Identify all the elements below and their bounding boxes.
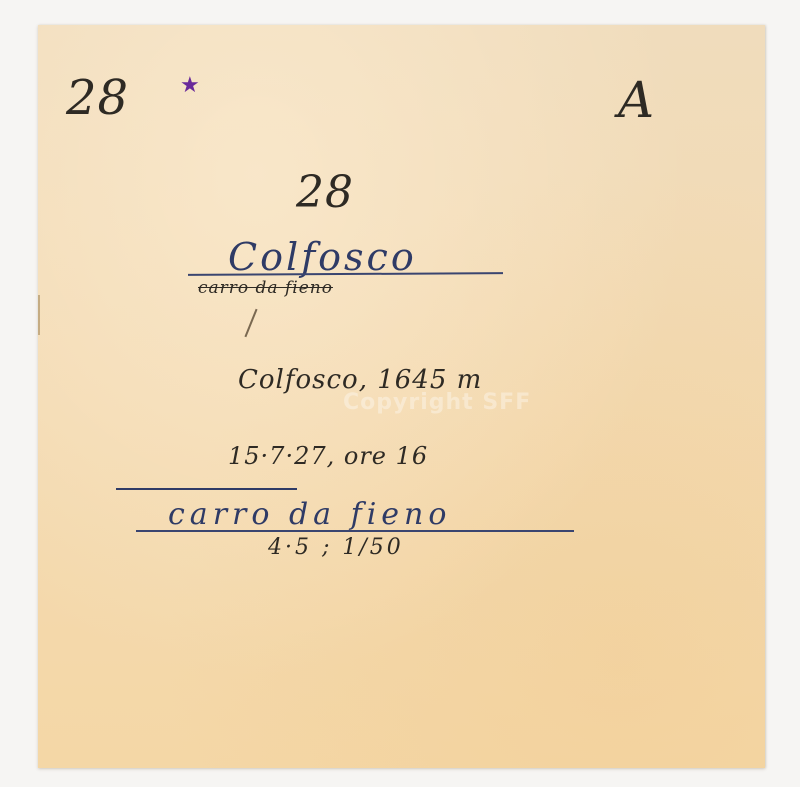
- subject-line: carro da fieno: [168, 497, 451, 532]
- card-fold-edge: [38, 295, 40, 335]
- star-icon: ★: [180, 73, 201, 98]
- corner-letter: A: [618, 71, 655, 129]
- exposure-line: 4·5 ; 1/50: [268, 535, 404, 560]
- record-card: 28 ★ A 28 Colfosco carro da fieno Colfos…: [38, 25, 765, 768]
- date-underline: [116, 488, 297, 490]
- corner-number: 28: [66, 70, 129, 126]
- subject-underline: [136, 530, 574, 532]
- struck-out-text: carro da fieno: [198, 278, 333, 298]
- center-number: 28: [296, 167, 354, 218]
- copyright-watermark: Copyright SFF: [343, 390, 531, 415]
- pen-stroke: [244, 309, 257, 338]
- date-line: 15·7·27, ore 16: [228, 442, 428, 470]
